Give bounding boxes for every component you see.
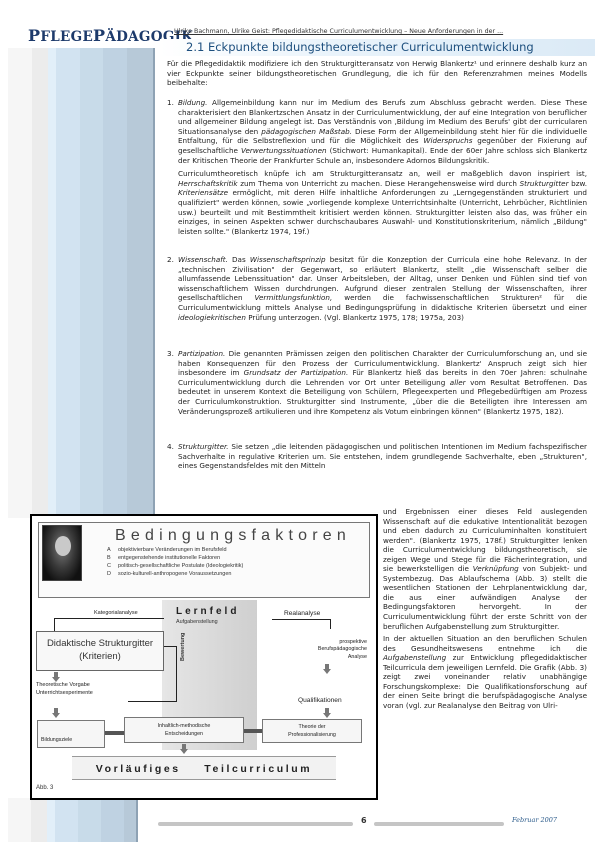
inhaltlich-methodische-box: Inhaltlich-methodische Entscheidungen [124,717,244,743]
author-portrait [42,525,82,581]
arrow-down-icon [323,708,331,718]
page-number: 6 [361,816,367,825]
connector-line [272,619,330,620]
connector-line [128,701,177,702]
arrow-down-icon [180,744,188,754]
connector-line [176,646,177,701]
vorlaeufiges-teilcurriculum-box: Vorläufiges Teilcurriculum [72,756,336,780]
section-title: Eckpunkte bildungstheoretischer Curricul… [208,40,534,54]
footer-rule [158,822,353,826]
left-decorative-stripes [8,48,155,518]
figure-caption: Abb. 3 [36,785,53,791]
section-heading: 2.1 Eckpunkte bildungstheoretischer Curr… [160,39,595,56]
connector-line [54,618,164,619]
connector-line [330,619,331,629]
bewertung-label: Bewertung [180,633,186,661]
footer-rule [374,822,504,826]
footer-decorative-stripes [8,798,138,842]
qualifikationen-label: Qualifikationen [298,697,342,704]
prospektive-analyse-label: prospektive Berufspädagogische Analyse [287,639,367,661]
bedingungsfaktoren-title: Bedingungsfaktoren [115,527,351,545]
connector-line [164,646,176,647]
right-column-text: und Ergebnissen einer dieses Feld ausleg… [383,507,587,710]
arrow-left-icon [105,730,124,736]
factor-c: Cpolitisch-gesellschaftliche Postulate (… [107,563,243,569]
arrow-left-icon [244,728,262,734]
didaktische-strukturgitter-box: Didaktische Strukturgitter (Kriterien) [36,631,164,671]
factor-d: Dsozio-kulturell-anthropogene Voraussetz… [107,571,231,577]
kategorialanalyse-label: Kategorialanalyse [94,610,138,616]
running-head: Ulrike Bachmann, Ulrike Geist: Pflegedid… [174,28,503,35]
bildungsziele-box: Bildungsziele [37,720,105,748]
aufgabenstellung-label: Aufgabenstellung [176,619,218,625]
lernfeld-label: Lernfeld [176,606,239,617]
issue-date: Februar 2007 [512,816,557,824]
theoretische-vorgabe-label: Theoretische Vorgabe Unterrichtsexperime… [36,681,93,697]
intro-paragraph: Für die Pflegedidaktik modifiziere ich d… [167,59,587,88]
bedingungsfaktoren-panel: Bedingungsfaktoren Aobjektivierbare Verä… [38,522,370,598]
factor-a: Aobjektivierbare Veränderungen im Berufs… [107,547,227,553]
arrow-down-icon [52,708,60,718]
factor-b: Bentgegenstehende institutionelle Faktor… [107,555,220,561]
arrow-down-icon [323,664,331,674]
figure-abb-3: Bedingungsfaktoren Aobjektivierbare Verä… [30,514,378,800]
connector-line [54,618,55,631]
theorie-professionalisierung-box: Theorie der Professionalisierung [262,719,362,743]
realanalyse-label: Realanalyse [284,610,320,617]
